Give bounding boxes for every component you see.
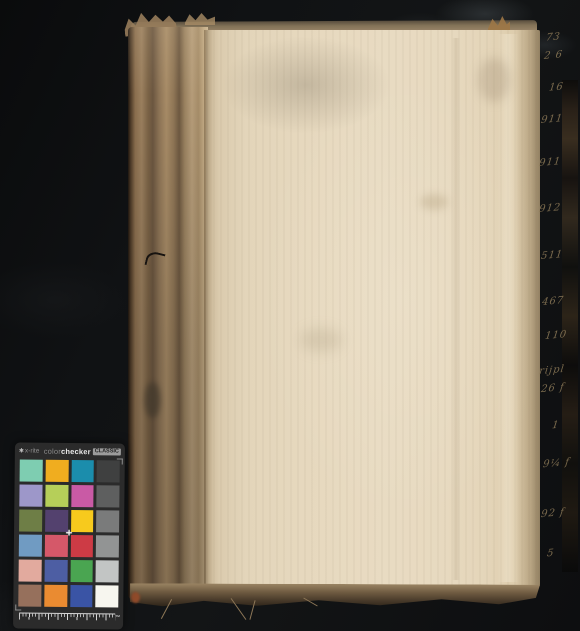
color-patch-foliage [19,509,42,531]
book-blank-page [206,30,540,586]
crosshair-marker: + [65,529,73,538]
book-fore-edge [562,80,578,572]
book-bottom-edge [130,583,540,608]
color-patch-red [70,535,93,557]
page-stain [420,194,448,210]
color-patch-purplish-blue [44,560,67,582]
handwriting-fragment: 1 [551,420,560,432]
handwriting-fragment: 511 [540,249,563,262]
fiducial-mark [117,458,123,464]
handwriting-fragment: rijpl [538,364,565,377]
ruler-scale [19,612,115,620]
xrite-logo-icon: ✱ [19,447,24,454]
page-stain [300,328,342,352]
book-fray-tuft [185,13,215,25]
book-binding-strip [128,27,208,600]
handwriting-fragment: 467 [541,295,564,308]
colorchecker-patch-grid: + [18,459,120,607]
color-patch-yellow [71,510,94,532]
color-patch-neutral-6-5 [96,535,119,557]
colorchecker-header: ✱ x-rite colorchecker CLASSIC [19,444,121,458]
color-patch-blue [70,585,93,607]
handwriting-fragment: 92 f [540,507,565,520]
color-patch-orange [44,585,67,607]
handwriting-fragment: 110 [544,329,567,342]
color-patch-neutral-8 [96,560,119,582]
handwriting-fragment: 912 [538,202,561,215]
handwriting-fragment: 911 [540,113,563,126]
color-patch-dark-skin [18,584,41,606]
xrite-brand: ✱ x-rite [19,447,40,454]
photo-scene: 732 616911911912511467110rijpl26 f19¼ f9… [0,0,580,631]
trademark-mark: ™ [115,614,120,620]
handwriting-fragment: 26 f [540,382,565,395]
color-patch-blue-flower [19,484,42,506]
color-patch-white [96,585,119,607]
color-patch-green [70,560,93,582]
color-patch-blue-sky [19,534,42,556]
handwriting-fragment: 73 [545,31,561,43]
color-patch-orange-yellow [45,460,68,482]
color-patch-magenta [71,485,94,507]
color-patch-cyan [71,460,94,482]
color-patch-bluish-green [20,459,43,481]
handwriting-fragment: 2 6 [543,49,563,62]
handwriting-fragment: 5 [546,548,555,560]
classic-badge: CLASSIC [93,448,121,455]
colorchecker-wordmark: colorchecker [44,447,91,456]
fiducial-mark [15,604,21,610]
page-gutter-crease [204,30,213,586]
color-patch-neutral-5 [96,510,119,532]
xrite-brand-label: x-rite [25,448,40,455]
page-crease [452,38,460,580]
handwriting-fragment: 911 [538,156,561,169]
color-patch-moderate-red [45,535,68,557]
handwriting-fragment: 16 [548,81,564,93]
color-patch-light-skin [19,559,42,581]
page-stain [478,58,510,102]
red-wax-spot [131,592,140,603]
color-patch-neutral-3-5 [97,485,120,507]
colorchecker-card: ✱ x-rite colorchecker CLASSIC + ™ [13,442,125,629]
dark-smudge [145,382,160,418]
color-patch-yellow-green [45,485,68,507]
